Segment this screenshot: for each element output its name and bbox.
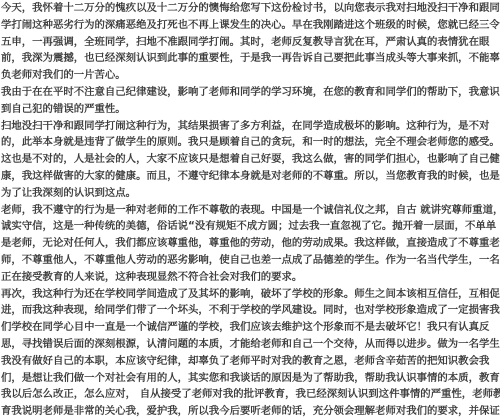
- text-line: 我由于在在平时不注意自己纪律建设，影响了老师和同学的学习环境，在您的教育和同学们…: [1, 84, 500, 101]
- text-line: 再次，我这种行为还在学校同学间造成了及其坏的影响，破坏了学校的形象。师生之间本该…: [1, 286, 500, 303]
- text-line: 五申，一再强调，全班同学，扫地不准跟同学打闹。其时，老师反复教导言犹在耳，严肃认…: [1, 34, 500, 51]
- text-line: 今天，我怀着十二万分的愧疚以及十二万分的懊悔给您写下这份检讨书，以向您表示我对扫…: [1, 0, 500, 17]
- text-line: 思，寻找错误后面的深刻根源，认清问题的本质，才能给老师和自己一个交待，从而得以进…: [1, 336, 500, 353]
- text-line: 前，我深为震撼，也已经深刻认识到此事的重要性，于是我一再告诉自己要把此事当成头等…: [1, 50, 500, 67]
- letter-body-text: 今天，我怀着十二万分的愧疚以及十二万分的懊悔给您写下这份检讨书，以向您表示我对扫…: [1, 0, 500, 420]
- text-line: 进，而我这种表现，给同学们带了一个坏头，不利于学校的学风建设。同时，也对学校形象…: [1, 302, 500, 319]
- text-line: 这也是不对的，人是社会的人，大家不应该只是想着自己好耍，我这么做，害的同学们担心…: [1, 151, 500, 168]
- text-line: 育我说明老师是非常的关心我，爱护我，所以我今后要听老师的话，充分领会理解老师对我…: [1, 403, 500, 420]
- text-line: 老师，我不遵守的行为是一种对老师的工作不尊敬的表现。中国是一个诚信礼仪之邦，自古…: [1, 202, 500, 219]
- text-line: 们学校在同学心目中一直是一个诚信严谨的学校，我们应该去维护这个形象而不是去破坏它…: [1, 319, 500, 336]
- text-line: 是老师，无论对任何人，我们都应该尊重他，尊重他的劳动，他的劳动成果。我这样做，直…: [1, 235, 500, 252]
- text-line: 我没有做好自己的本职，本应该守纪律，却辜负了老师平时对我的教育之恩，老师含辛茹苦…: [1, 353, 500, 370]
- text-line: 师，不尊重他人，不尊重他人劳动的恶劣影响，使自己也差一点成了品德差的学生。作为一…: [1, 252, 500, 269]
- text-line: 们，是想让我们做一个对社会有用的人，其实您和我谈话的原因是为了帮助我，帮助我认识…: [1, 370, 500, 387]
- text-line: 的，此举本身就是违背了做学生的原则。我只是顾着自己的贪玩，和一时的想法，完全不理…: [1, 134, 500, 151]
- text-line: 扫地没扫干净和跟同学打闹这种行为，其结果损害了多方利益，在同学造成极坏的影响。这…: [1, 118, 500, 135]
- text-line: 康，我这样做害的大家的健康。而且，不遵守纪律本身就是对老师的不尊重。所以，当您教…: [1, 168, 500, 185]
- document-page: 今天，我怀着十二万分的愧疚以及十二万分的懊悔给您写下这份检讨书，以向您表示我对扫…: [0, 0, 500, 420]
- text-line: 负老师对我们的一片苦心。: [1, 67, 500, 84]
- text-line: 到自己犯的错误的严重性。: [1, 101, 500, 118]
- text-line: 诚实守信，这是一种传统的美德，俗话说“没有规矩不成方圆；过去我一直忽视了它。抛开…: [1, 218, 500, 235]
- text-line: 学打闹这种恶劣行为的深痛恶绝及打死也不再上课发生的决心。早在我刚踏进这个班级的时…: [1, 17, 500, 34]
- text-line: 正在接受教育的人来说，这种表现显然不符合社会对我们的要求。: [1, 269, 500, 286]
- text-line: 为了让我深刻的认识到这点。: [1, 185, 500, 202]
- text-line: 我以后怎么改正，怎么应对， 自从接受了老师对我的批评教育，我已经深刻认识到这件事…: [1, 386, 500, 403]
